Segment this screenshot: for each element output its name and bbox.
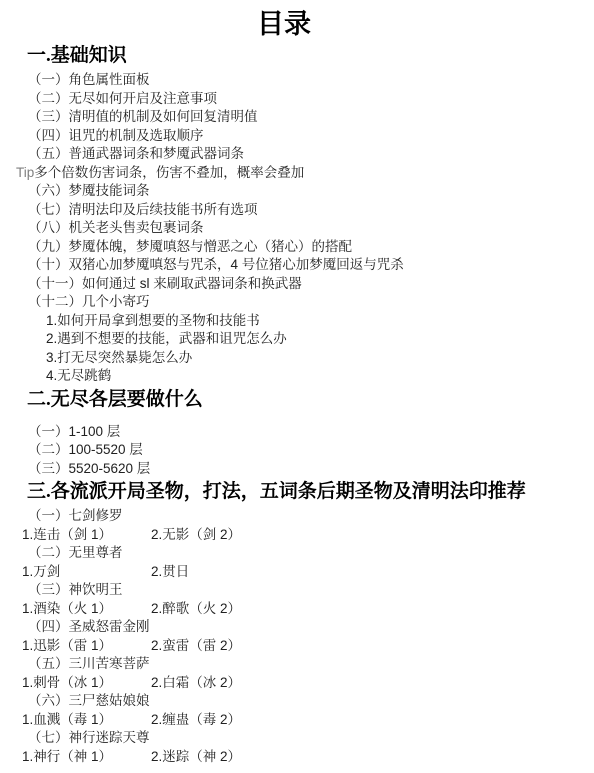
page-title: 目录 [0,7,594,41]
section-heading: 三.各流派开局圣物，打法，五词条后期圣物及清明法印推荐 [0,481,594,503]
toc-item: （二）100-5520 层 [0,441,594,460]
tip-label: Tip [16,165,34,180]
toc-item-pair: 1.万剑2.贯日 [0,563,594,582]
pair-col-2: 2.缠蛊（毒 2） [151,711,594,730]
toc-item: （三）神饮明王 [0,581,594,600]
pair-col-1: 1.血溅（毒 1） [22,711,151,730]
pair-col-1: 1.酒染（火 1） [22,600,151,619]
toc-item: （九）梦魇体魄，梦魇嗔怒与憎恶之心（猪心）的搭配 [0,238,594,257]
toc-item: （六）三尸慈姑娘娘 [0,692,594,711]
toc-item: （六）梦魇技能词条 [0,182,594,201]
toc-item: （四）诅咒的机制及选取顺序 [0,127,594,146]
pair-col-2: 2.蛮雷（雷 2） [151,637,594,656]
toc-item-pair: 1.酒染（火 1）2.醉歌（火 2） [0,600,594,619]
toc-item: （五）三川苦寒菩萨 [0,655,594,674]
section-heading: 二.无尽各层要做什么 [0,389,594,411]
toc-item: （三）5520-5620 层 [0,460,594,479]
pair-col-2: 2.贯日 [151,563,594,582]
toc-item-pair: 1.刺骨（冰 1）2.白霜（冰 2） [0,674,594,693]
pair-col-2: 2.无影（剑 2） [151,526,594,545]
pair-col-1: 1.神行（神 1） [22,748,151,767]
toc-subitem: 3.打无尽突然暴毙怎么办 [0,349,594,368]
tip-text: 多个倍数伤害词条，伤害不叠加，概率会叠加 [34,165,304,180]
toc-item: （十二）几个小寄巧 [0,293,594,312]
toc-subitem: 1.如何开局拿到想要的圣物和技能书 [0,312,594,331]
pair-col-2: 2.白霜（冰 2） [151,674,594,693]
toc-item: （四）圣威怒雷金刚 [0,618,594,637]
tip-note: Tip多个倍数伤害词条，伤害不叠加，概率会叠加 [0,164,594,183]
toc-item: （二）无尽如何开启及注意事项 [0,90,594,109]
toc-subitem: 4.无尽跳鹤 [0,367,594,386]
pair-col-1: 1.万剑 [22,563,151,582]
toc-item: （七）神行迷踪天尊 [0,729,594,748]
pair-col-1: 1.连击（剑 1） [22,526,151,545]
toc-content: 一.基础知识（一）角色属性面板（二）无尽如何开启及注意事项（三）清明值的机制及如… [0,45,594,766]
toc-item: （十）双猪心加梦魇嗔怒与咒杀，4 号位猪心加梦魇回返与咒杀 [0,256,594,275]
toc-item: （三）清明值的机制及如何回复清明值 [0,108,594,127]
toc-item: （七）清明法印及后续技能书所有选项 [0,201,594,220]
toc-item-pair: 1.连击（剑 1）2.无影（剑 2） [0,526,594,545]
pair-col-1: 1.迅影（雷 1） [22,637,151,656]
section-heading: 一.基础知识 [0,45,594,67]
document-page: 目录 一.基础知识（一）角色属性面板（二）无尽如何开启及注意事项（三）清明值的机… [0,0,594,773]
pair-col-1: 1.刺骨（冰 1） [22,674,151,693]
toc-item-pair: 1.血溅（毒 1）2.缠蛊（毒 2） [0,711,594,730]
toc-item: （一）七剑修罗 [0,507,594,526]
toc-item: （二）无里尊者 [0,544,594,563]
toc-item: （五）普通武器词条和梦魇武器词条 [0,145,594,164]
toc-item-pair: 1.迅影（雷 1）2.蛮雷（雷 2） [0,637,594,656]
pair-col-2: 2.迷踪（神 2） [151,748,594,767]
toc-item-pair: 1.神行（神 1）2.迷踪（神 2） [0,748,594,767]
toc-item: （一）角色属性面板 [0,71,594,90]
pair-col-2: 2.醉歌（火 2） [151,600,594,619]
toc-item: （八）机关老头售卖包裹词条 [0,219,594,238]
toc-subitem: 2.遇到不想要的技能，武器和诅咒怎么办 [0,330,594,349]
toc-item: （一）1-100 层 [0,423,594,442]
toc-item: （十一）如何通过 sl 来刷取武器词条和换武器 [0,275,594,294]
